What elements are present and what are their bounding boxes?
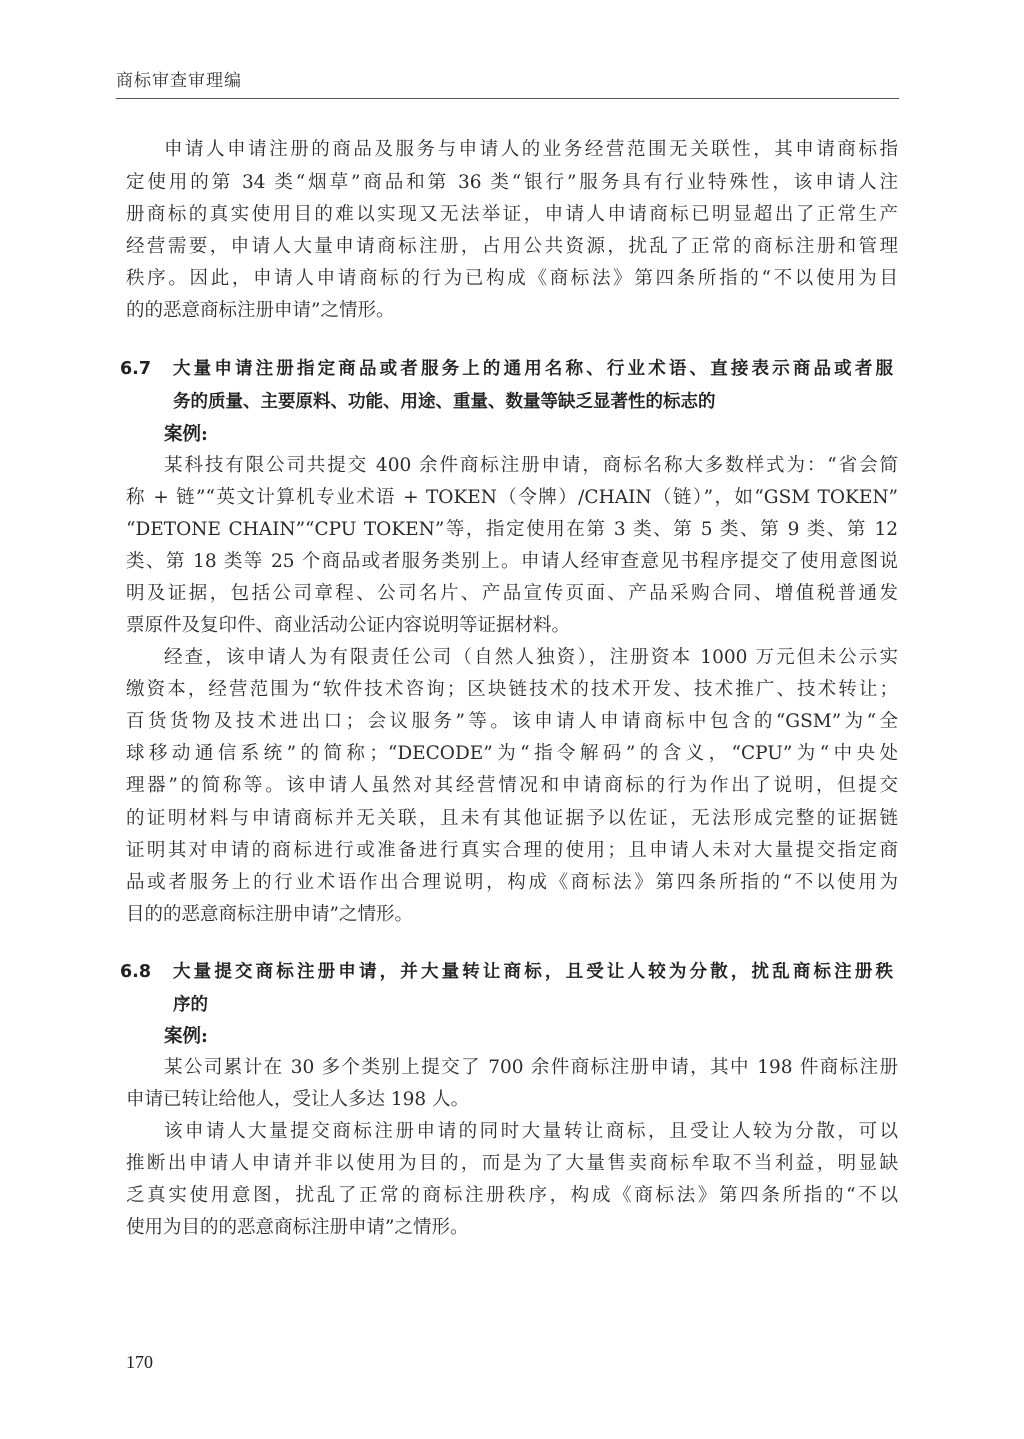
section-title-line: 大量申请注册指定商品或者服务上的通用名称、行业术语、直接表示商品或者服 — [173, 353, 893, 385]
section-title-line: 务的质量、主要原料、功能、用途、重量、数量等缺乏显著性的标志的 — [173, 386, 893, 418]
section-heading: 6.7 大量申请注册指定商品或者服务上的通用名称、行业术语、直接表示商品或者服 — [120, 353, 898, 385]
text-line: 经查，该申请人为有限责任公司（自然人独资），注册资本 1000 万元但未公示实 — [164, 642, 898, 674]
text-line: 称 + 链”“英文计算机专业术语 + TOKEN（令牌）/CHAIN（链）”，如… — [126, 482, 898, 514]
text-line: 明及证据，包括公司章程、公司名片、产品宣传页面、产品采购合同、增值税普通发 — [126, 578, 898, 610]
text-line: 定使用的第 34 类“烟草”商品和第 36 类“银行”服务具有行业特殊性，该申请… — [126, 167, 898, 199]
text-line: 申请人申请注册的商品及服务与申请人的业务经营范围无关联性，其申请商标指 — [164, 134, 898, 166]
page-number: 170 — [126, 1352, 153, 1373]
running-head: 商标审查审理编 — [116, 66, 242, 91]
case-label: 案例: — [164, 419, 208, 451]
text-line: 某公司累计在 30 多个类别上提交了 700 余件商标注册申请，其中 198 件… — [164, 1052, 898, 1084]
text-line: 某科技有限公司共提交 400 余件商标注册申请，商标名称大多数样式为：“省会简 — [164, 450, 898, 482]
text-line: 的的恶意商标注册申请”之情形。 — [126, 295, 898, 327]
text-line: 推断出申请人申请并非以使用为目的，而是为了大量售卖商标牟取不当利益，明显缺 — [126, 1148, 898, 1180]
section-heading-cont: 序的 — [120, 989, 898, 1021]
text-line: 证明其对申请的商标进行或准备进行真实合理的使用；且申请人未对大量提交指定商 — [126, 835, 898, 867]
text-line: 乏真实使用意图，扰乱了正常的商标注册秩序，构成《商标法》第四条所指的“不以 — [126, 1180, 898, 1212]
section-heading: 6.8 大量提交商标注册申请，并大量转让商标，且受让人较为分散，扰乱商标注册秩 — [120, 956, 898, 988]
text-line: 品或者服务上的行业术语作出合理说明，构成《商标法》第四条所指的“不以使用为 — [126, 867, 898, 899]
header-rule — [116, 98, 899, 99]
text-line: 使用为目的的恶意商标注册申请”之情形。 — [126, 1212, 898, 1244]
section-number: 6.7 — [120, 353, 151, 385]
text-line: 理器”的简称等。该申请人虽然对其经营情况和申请商标的行为作出了说明，但提交 — [126, 770, 898, 802]
text-line: 申请已转让给他人，受让人多达 198 人。 — [126, 1084, 898, 1116]
section-title-line: 大量提交商标注册申请，并大量转让商标，且受让人较为分散，扰乱商标注册秩 — [173, 956, 893, 988]
text-line: 册商标的真实使用目的难以实现又无法举证，申请人申请商标已明显超出了正常生产 — [126, 199, 898, 231]
text-line: 的证明材料与申请商标并无关联，且未有其他证据予以佐证，无法形成完整的证据链 — [126, 803, 898, 835]
section-title-line: 序的 — [173, 989, 893, 1021]
text-line: 球移动通信系统”的简称；“DECODE”为“指令解码”的含义，“CPU”为“中央… — [126, 738, 898, 770]
section-number: 6.8 — [120, 956, 151, 988]
text-line: 票原件及复印件、商业活动公证内容说明等证据材料。 — [126, 610, 898, 642]
text-line: 缴资本，经营范围为“软件技术咨询；区块链技术的技术开发、技术推广、技术转让； — [126, 674, 898, 706]
section-heading-cont: 务的质量、主要原料、功能、用途、重量、数量等缺乏显著性的标志的 — [120, 386, 898, 418]
text-line: 类、第 18 类等 25 个商品或者服务类别上。申请人经审查意见书程序提交了使用… — [126, 546, 898, 578]
text-line: 百货货物及技术进出口；会议服务”等。该申请人申请商标中包含的“GSM”为“全 — [126, 706, 898, 738]
text-line: 经营需要，申请人大量申请商标注册，占用公共资源，扰乱了正常的商标注册和管理 — [126, 231, 898, 263]
text-line: 目的的恶意商标注册申请”之情形。 — [126, 899, 898, 931]
text-line: 秩序。因此，申请人申请商标的行为已构成《商标法》第四条所指的“不以使用为目 — [126, 263, 898, 295]
case-label: 案例: — [164, 1021, 208, 1053]
text-line: “DETONE CHAIN”“CPU TOKEN”等，指定使用在第 3 类、第 … — [126, 514, 898, 546]
text-line: 该申请人大量提交商标注册申请的同时大量转让商标，且受让人较为分散，可以 — [164, 1116, 898, 1148]
